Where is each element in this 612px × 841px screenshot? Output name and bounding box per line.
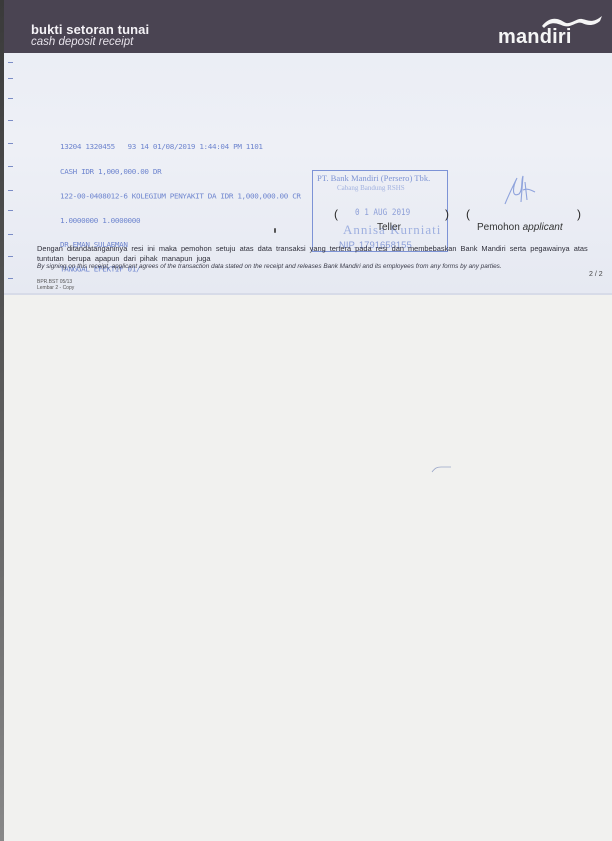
page-number: 2 / 2 xyxy=(589,271,603,278)
receipt-title: bukti setoran tunai xyxy=(31,22,149,37)
stamp-date: 0 1 AUG 2019 xyxy=(355,208,410,218)
margin-ticks xyxy=(8,60,18,290)
receipt-subtitle: cash deposit receipt xyxy=(31,36,133,48)
disclaimer-english: By signing on this receipt, applicant ag… xyxy=(37,263,502,270)
brand-name: mandiri xyxy=(498,26,572,49)
teller-close-paren: ) xyxy=(445,207,449,221)
scan-speck xyxy=(274,228,276,233)
applicant-open-paren: ( xyxy=(466,207,470,221)
applicant-signature-icon xyxy=(501,174,537,208)
teller-label: Teller xyxy=(377,222,401,233)
stamp-branch: Cabang Bandung RSHS xyxy=(337,184,405,192)
copy-label: Lembar 2 - Copy xyxy=(37,285,74,291)
form-code: BPR.BST 05/13 Lembar 2 - Copy xyxy=(37,279,74,291)
pen-mark-icon xyxy=(431,465,453,473)
receipt-header: bukti setoran tunai cash deposit receipt… xyxy=(4,0,612,53)
transaction-line: CASH IDR 1,000,000.00 DR xyxy=(60,168,301,176)
transaction-line: 13204 1320455 93 14 01/08/2019 1:44:04 P… xyxy=(60,144,301,152)
stamp-bank-name: PT. Bank Mandiri (Persero) Tbk. xyxy=(317,173,430,183)
applicant-label: Pemohon applicant xyxy=(477,222,563,233)
applicant-close-paren: ) xyxy=(577,207,581,221)
mandiri-logo: mandiri xyxy=(498,14,608,50)
cash-deposit-receipt: bukti setoran tunai cash deposit receipt… xyxy=(4,0,612,295)
teller-open-paren: ( xyxy=(334,207,338,221)
disclaimer-indonesian: Dengan ditandatanganinya resi ini maka p… xyxy=(37,244,607,264)
transaction-line: 1.0000000 1.0000000 xyxy=(60,217,301,225)
transaction-line: 122-00-0408012-6 KOLEGIUM PENYAKIT DA ID… xyxy=(60,193,301,201)
bank-stamp: PT. Bank Mandiri (Persero) Tbk. Cabang B… xyxy=(312,170,448,252)
